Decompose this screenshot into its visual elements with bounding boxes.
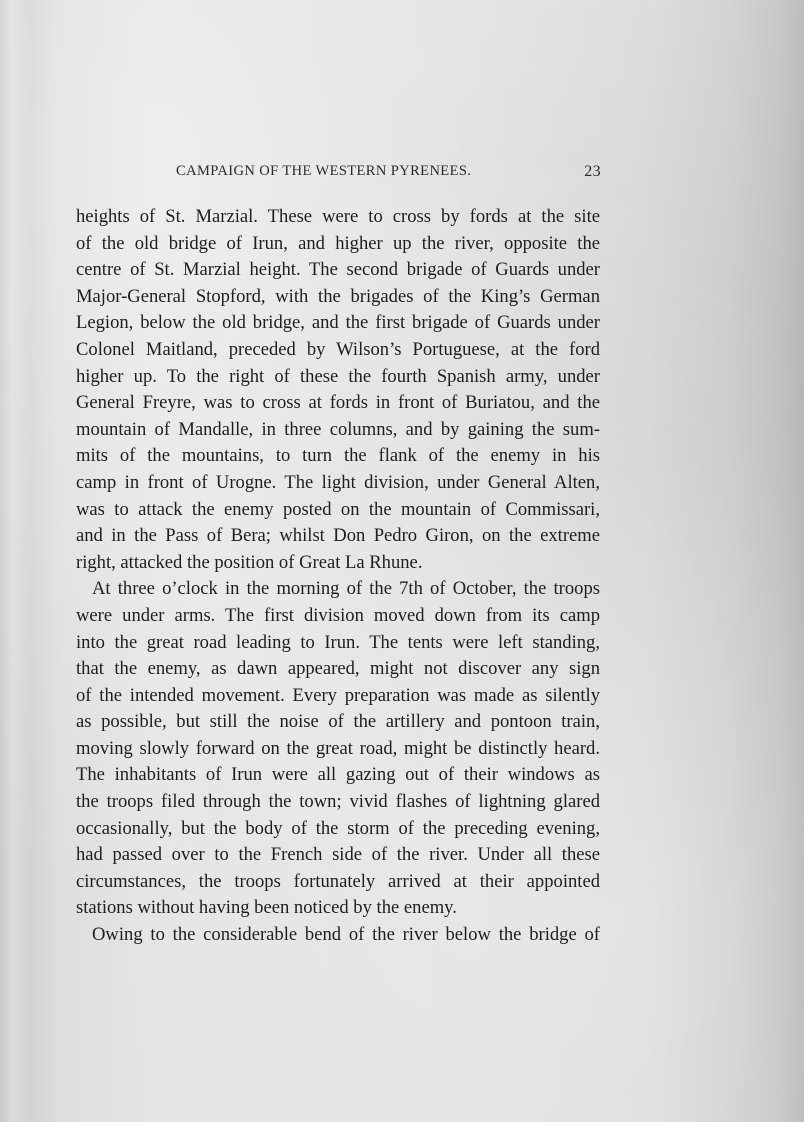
text-line: Major-General Stopford, with the brigade… xyxy=(76,284,600,311)
text-line: occasionally, but the body of the storm … xyxy=(76,816,600,843)
text-line: Legion, below the old bridge, and the fi… xyxy=(76,310,600,337)
text-line: was to attack the enemy posted on the mo… xyxy=(76,497,600,524)
text-line: heights of St. Marzial. These were to cr… xyxy=(76,204,600,231)
text-line: were under arms. The first division move… xyxy=(76,603,600,630)
running-head-title: CAMPAIGN OF THE WESTERN PYRENEES. xyxy=(176,163,471,180)
text-line: of the intended movement. Every preparat… xyxy=(76,683,600,710)
text-line: At three o’clock in the morning of the 7… xyxy=(76,576,600,603)
text-line: circumstances, the troops fortunately ar… xyxy=(76,869,600,896)
text-line: mits of the mountains, to turn the flank… xyxy=(76,443,600,470)
text-line: as possible, but still the noise of the … xyxy=(76,709,600,736)
paragraph: At three o’clock in the morning of the 7… xyxy=(76,576,600,922)
text-line: Owing to the considerable bend of the ri… xyxy=(76,922,600,949)
text-line: camp in front of Urogne. The light divis… xyxy=(76,470,600,497)
text-line: mountain of Mandalle, in three columns, … xyxy=(76,417,600,444)
text-line: that the enemy, as dawn appeared, might … xyxy=(76,656,600,683)
text-line: The inhabitants of Irun were all gazing … xyxy=(76,762,600,789)
page-number: 23 xyxy=(584,163,601,181)
paragraph: Owing to the considerable bend of the ri… xyxy=(76,922,600,949)
text-line: right, attacked the position of Great La… xyxy=(76,550,600,577)
text-line: of the old bridge of Irun, and higher up… xyxy=(76,231,600,258)
text-line: moving slowly forward on the great road,… xyxy=(76,736,600,763)
text-line: Colonel Maitland, preceded by Wilson’s P… xyxy=(76,337,600,364)
text-line: General Freyre, was to cross at fords in… xyxy=(76,390,600,417)
running-head: CAMPAIGN OF THE WESTERN PYRENEES. 23 xyxy=(176,163,601,185)
book-page: CAMPAIGN OF THE WESTERN PYRENEES. 23 hei… xyxy=(0,0,804,1122)
body-text: heights of St. Marzial. These were to cr… xyxy=(76,204,600,949)
paragraph: heights of St. Marzial. These were to cr… xyxy=(76,204,600,576)
text-line: centre of St. Marzial height. The second… xyxy=(76,257,600,284)
text-line: into the great road leading to Irun. The… xyxy=(76,630,600,657)
text-line: the troops filed through the town; vivid… xyxy=(76,789,600,816)
text-line: higher up. To the right of these the fou… xyxy=(76,364,600,391)
text-line: and in the Pass of Bera; whilst Don Pedr… xyxy=(76,523,600,550)
text-line: had passed over to the French side of th… xyxy=(76,842,600,869)
text-line: stations without having been noticed by … xyxy=(76,895,600,922)
